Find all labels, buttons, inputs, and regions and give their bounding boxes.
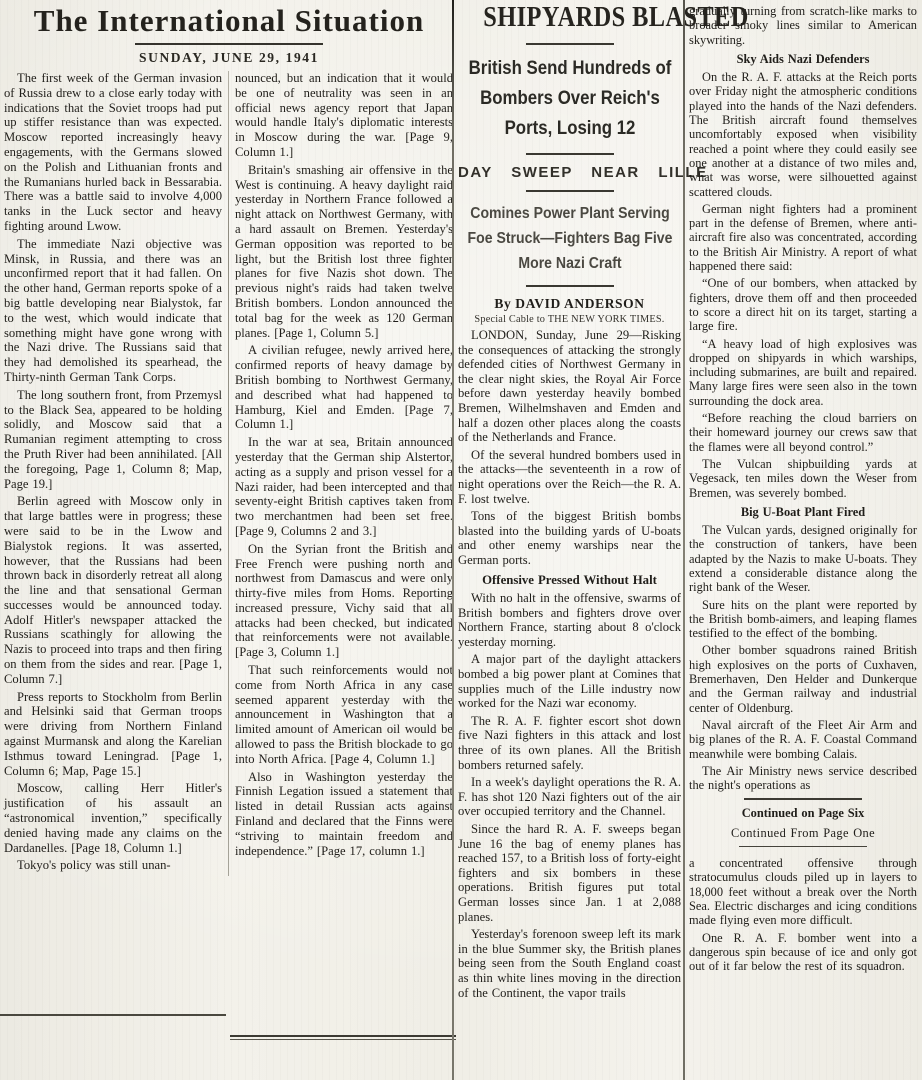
article-paragraph: A civilian refugee, newly arrived here, … [235,343,453,432]
kicker-rule [526,190,614,192]
digest-column-1-bottom-rule [0,1014,226,1016]
article-paragraph: Since the hard R. A. F. sweeps began Jun… [458,822,681,924]
article-paragraph: German night fighters had a prominent pa… [689,202,917,273]
article-paragraph: One R. A. F. bomber went into a dangerou… [689,931,917,974]
article-paragraph: Sure hits on the plant were reported by … [689,598,917,641]
international-situation-section: The International Situation SUNDAY, JUNE… [4,0,454,876]
section-title: The International Situation [4,3,454,39]
article-paragraph: Tons of the biggest British bombs blaste… [458,509,681,567]
article-paragraph: The immediate Nazi objective was Minsk, … [4,237,222,385]
digest-column-2: nounced, but an indication that it would… [235,71,453,876]
article-paragraph: Naval aircraft of the Fleet Air Arm and … [689,718,917,761]
article-paragraph: That such reinforcements would not come … [235,663,453,767]
article-paragraph: “One of our bombers, when attacked by fi… [689,276,917,333]
article-paragraph: The long southern front, from Przemysl t… [4,388,222,492]
article-paragraph: Tokyo's policy was still unan- [4,858,222,873]
article-credit: Special Cable to THE NEW YORK TIMES. [458,314,681,325]
column-divider-rule [228,71,229,876]
article-paragraph: “A heavy load of high explosives was dro… [689,337,917,408]
article-byline: By DAVID ANDERSON [458,296,681,312]
article-headline: SHIPYARDS BLASTED [458,0,681,34]
article-paragraph: With no halt in the offensive, swarms of… [458,591,681,649]
digest-column-1: The first week of the German invasion of… [4,71,222,876]
article-paragraph: A major part of the daylight attackers b… [458,652,681,710]
digest-columns: The first week of the German invasion of… [4,71,454,876]
article-paragraph: LONDON, Sunday, June 29—Risking the cons… [458,328,681,445]
section-subhead: Big U-Boat Plant Fired [689,505,917,519]
digest-column-2-bottom-rule [230,1035,456,1040]
shipyards-article-column: SHIPYARDS BLASTED British Send Hundreds … [458,0,681,1003]
article-paragraph: Yesterday's forenoon sweep left its mark… [458,927,681,1000]
article-paragraph-continuation: gradually turning from scratch-like mark… [689,4,917,47]
article-paragraph-continuation: nounced, but an indication that it would… [235,71,453,160]
continued-on-page-note: Continued on Page Six [689,798,917,820]
article-kicker: DAY SWEEP NEAR LILLE [458,164,681,181]
article-paragraph: In the war at sea, Britain announced yes… [235,435,453,539]
headline-rule [526,43,614,45]
article-paragraph-continuation: a concentrated offensive through stratoc… [689,856,917,927]
subdeck-rule [526,285,614,287]
article-paragraph: Also in Washington yesterday the Finnish… [235,770,453,859]
article-paragraph: On the R. A. F. attacks at the Reich por… [689,70,917,199]
article-paragraph: The Air Ministry news service described … [689,764,917,793]
article-paragraph: Moscow, calling Herr Hitler's justificat… [4,781,222,855]
article-paragraph: Press reports to Stockholm from Berlin a… [4,690,222,779]
article-subdeck: Comines Power Plant Serving Foe Struck—F… [458,201,681,276]
title-rule [135,43,323,45]
article-paragraph: The first week of the German invasion of… [4,71,222,234]
dateline: SUNDAY, JUNE 29, 1941 [4,50,454,66]
section-subhead: Offensive Pressed Without Halt [458,573,681,588]
article-deck: British Send Hundreds of Bombers Over Re… [458,54,681,144]
article-paragraph: Britain's smashing air offensive in the … [235,163,453,341]
article-paragraph: The R. A. F. fighter escort shot down fi… [458,714,681,772]
article-paragraph: Of the several hundred bombers used in t… [458,448,681,506]
continued-from-page-note: Continued From Page One [689,826,917,847]
article-paragraph: In a week's daylight operations the R. A… [458,775,681,819]
article-paragraph: Berlin agreed with Moscow only in that l… [4,494,222,686]
deck-rule [526,153,614,155]
article-paragraph: “Before reaching the cloud barriers on t… [689,411,917,454]
column-divider-rule [452,0,454,1080]
article-body-column-3: LONDON, Sunday, June 29—Risking the cons… [458,328,681,1000]
article-paragraph: The Vulcan yards, designed originally fo… [689,523,917,594]
newspaper-page: The International Situation SUNDAY, JUNE… [0,0,922,1080]
column-divider-rule [683,0,685,1080]
section-subhead: Sky Aids Nazi Defenders [689,52,917,66]
article-paragraph: On the Syrian front the British and Free… [235,542,453,660]
article-paragraph: Other bomber squadrons rained British hi… [689,643,917,714]
article-body-column-4: gradually turning from scratch-like mark… [689,4,917,976]
article-paragraph: The Vulcan shipbuilding yards at Vegesac… [689,457,917,500]
